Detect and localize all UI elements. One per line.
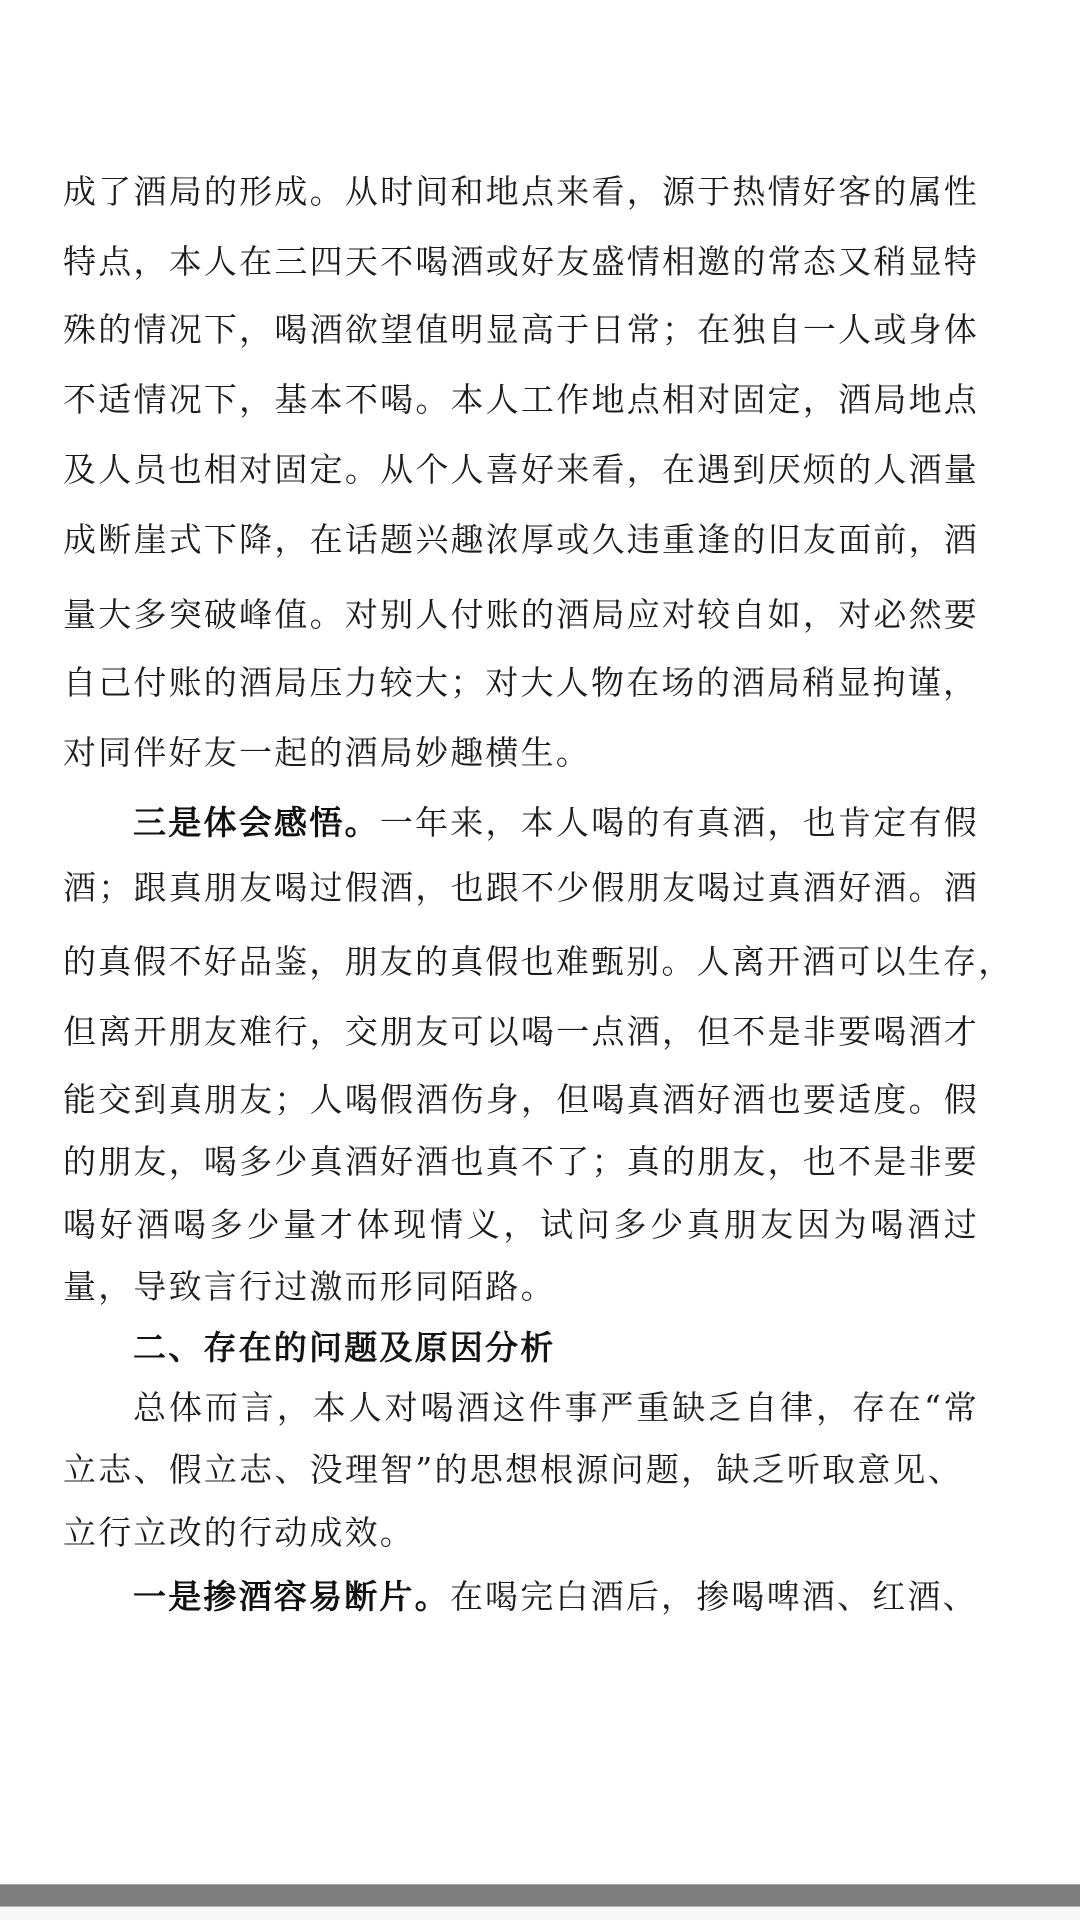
- paragraph-line: 成了酒局的形成。从时间和地点来看，源于热情好客的属性: [63, 172, 979, 212]
- section-paragraph-3: 三是体会感悟。一年来，本人喝的有真酒，也肯定有假: [133, 803, 979, 843]
- paragraph-line: 对同伴好友一起的酒局妙趣横生。: [63, 733, 591, 773]
- paragraph-line: 量大多突破峰值。对别人付账的酒局应对较自如，对必然要: [63, 595, 979, 635]
- paragraph-line: 成断崖式下降，在话题兴趣浓厚或久违重逢的旧友面前，酒: [63, 520, 979, 560]
- paragraph-line: 立行立改的行动成效。: [63, 1513, 415, 1553]
- paragraph-line: 及人员也相对固定。从个人喜好来看，在遇到厌烦的人酒量: [63, 450, 979, 490]
- document-page: 成了酒局的形成。从时间和地点来看，源于热情好客的属性 特点，本人在三四天不喝酒或…: [0, 0, 1080, 1880]
- paragraph-line: 酒；跟真朋友喝过假酒，也跟不少假朋友喝过真酒好酒。酒: [63, 868, 979, 908]
- section-heading: 二、存在的问题及原因分析: [133, 1328, 555, 1368]
- paragraph-line: 的真假不好品鉴，朋友的真假也难甄别。人离开酒可以生存，: [63, 942, 979, 982]
- paragraph-line: 不适情况下，基本不喝。本人工作地点相对固定，酒局地点: [63, 380, 979, 420]
- paragraph-line: 喝好酒喝多少量才体现情义，试问多少真朋友因为喝酒过: [63, 1205, 979, 1245]
- section-lead-3: 三是体会感悟。: [133, 803, 380, 842]
- section-text-3: 一年来，本人喝的有真酒，也肯定有假: [380, 803, 979, 842]
- paragraph-line: 的朋友，喝多少真酒好酒也真不了；真的朋友，也不是非要: [63, 1142, 979, 1182]
- bottom-scrollbar: [0, 1884, 1080, 1907]
- bottom-edge: [0, 1907, 1080, 1920]
- paragraph-line: 特点，本人在三四天不喝酒或好友盛情相邀的常态又稍显特: [63, 242, 979, 282]
- section-paragraph-1: 一是掺酒容易断片。在喝完白酒后，掺喝啤酒、红酒、: [133, 1577, 963, 1617]
- paragraph-line: 量，导致言行过激而形同陌路。: [63, 1267, 556, 1307]
- section-lead-1: 一是掺酒容易断片。: [133, 1577, 450, 1616]
- paragraph-line: 殊的情况下，喝酒欲望值明显高于日常；在独自一人或身体: [63, 310, 979, 350]
- paragraph-line: 立志、假立志、没理智”的思想根源问题，缺乏听取意见、: [63, 1450, 963, 1490]
- paragraph-line: 自己付账的酒局压力较大；对大人物在场的酒局稍显拘谨，: [63, 663, 963, 703]
- paragraph-line: 能交到真朋友；人喝假酒伤身，但喝真酒好酒也要适度。假: [63, 1080, 979, 1120]
- section-text-1: 在喝完白酒后，掺喝啤酒、红酒、: [450, 1577, 978, 1616]
- paragraph-line: 总体而言，本人对喝酒这件事严重缺乏自律，存在“常: [133, 1388, 979, 1428]
- paragraph-line: 但离开朋友难行，交朋友可以喝一点酒，但不是非要喝酒才: [63, 1012, 979, 1052]
